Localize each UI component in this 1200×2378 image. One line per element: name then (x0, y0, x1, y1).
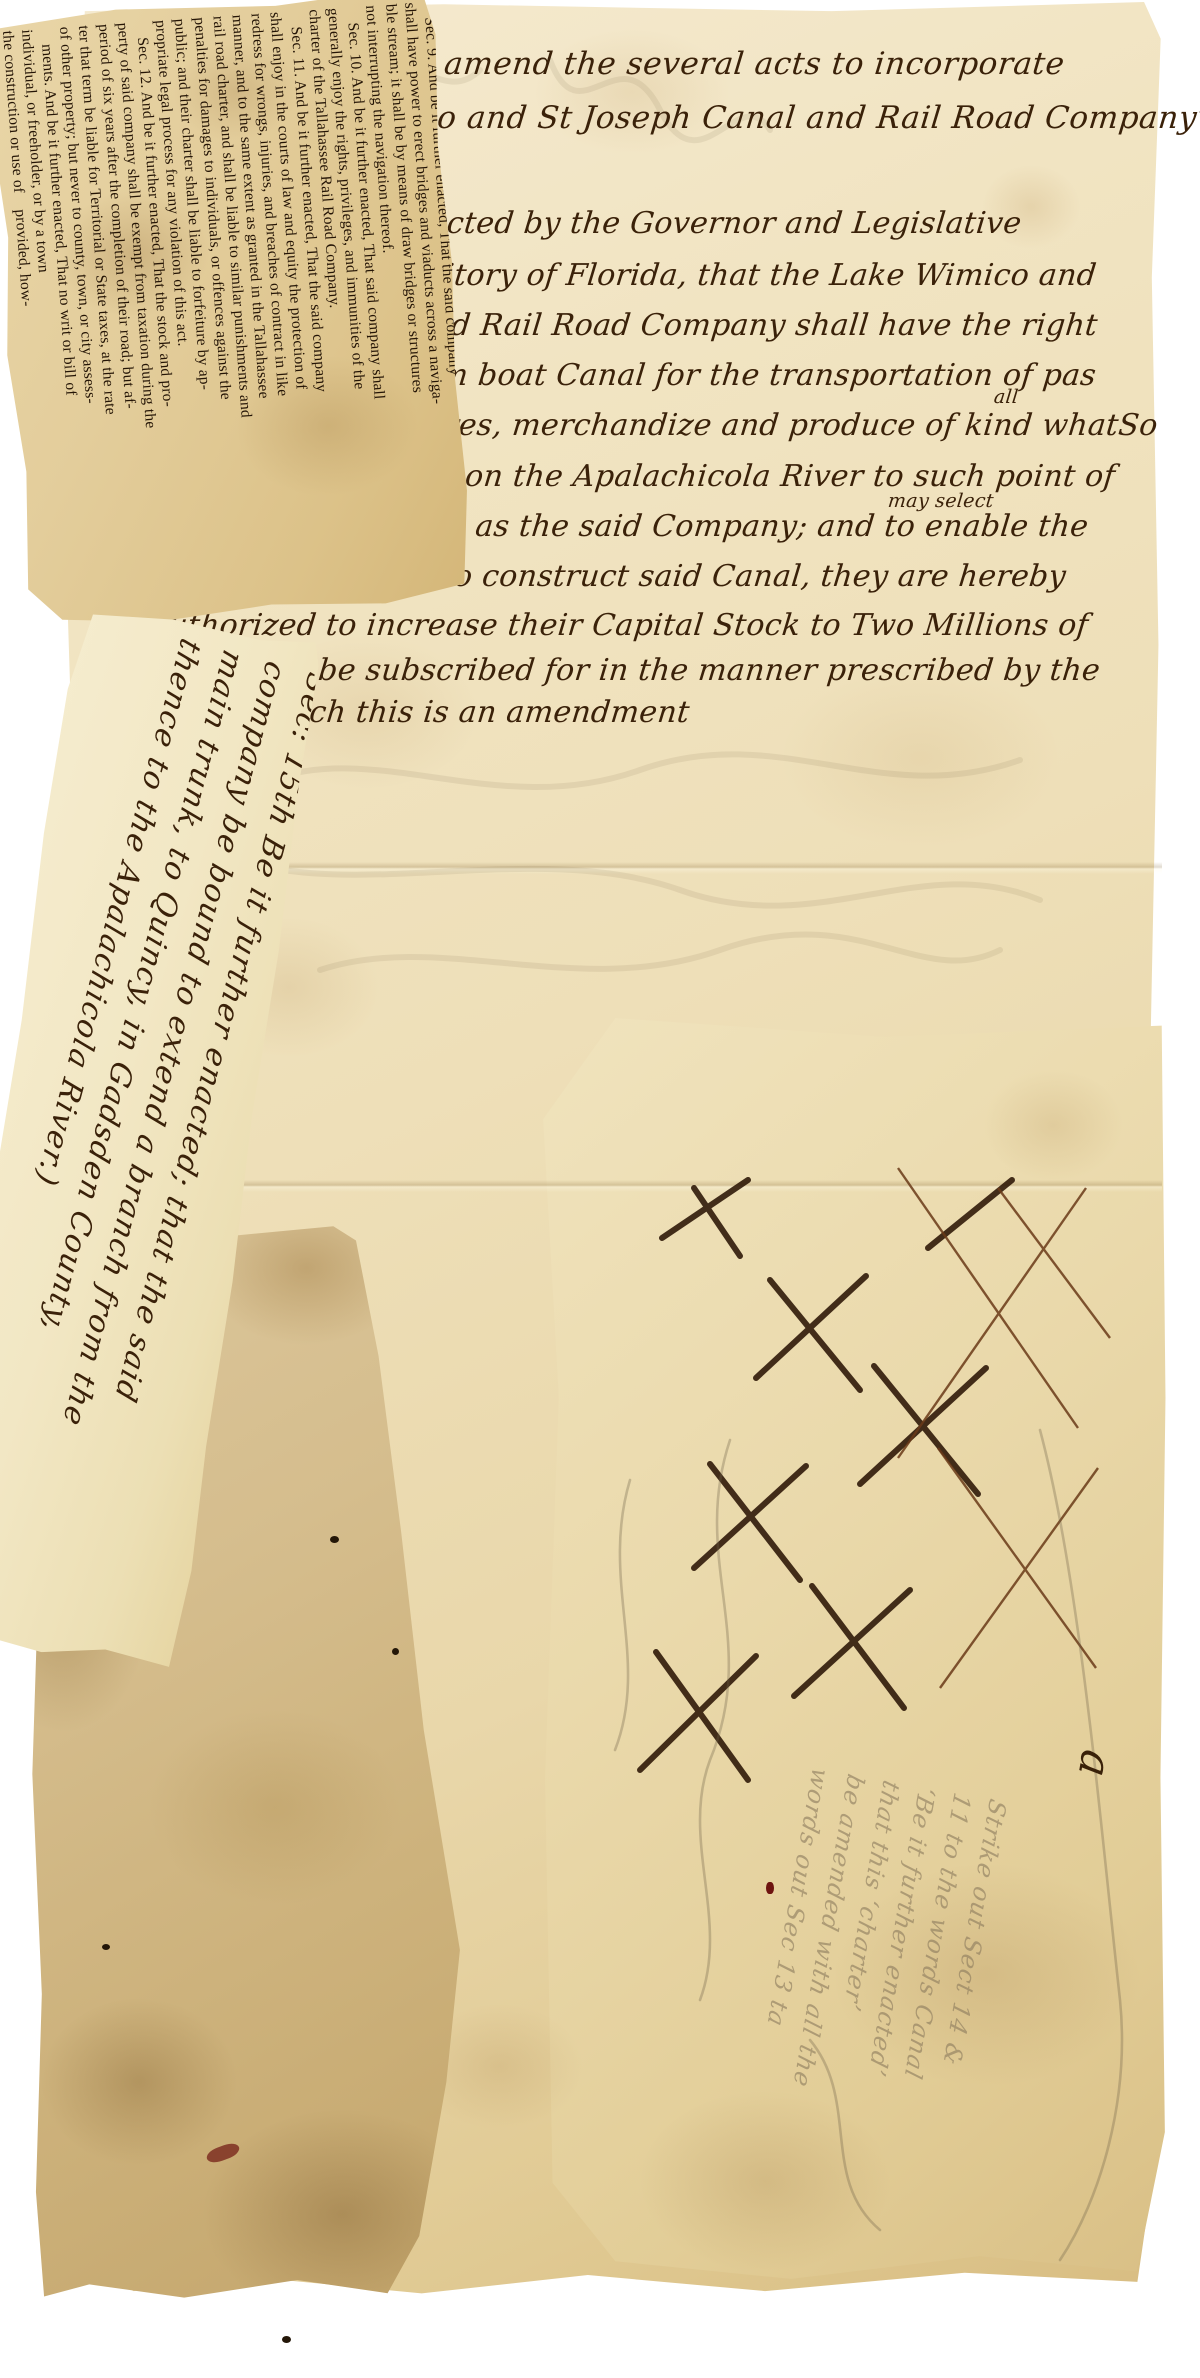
printed-clipping-text: Sec. 9. And be it further enacted, That … (0, 1, 477, 618)
pencil-annotations: Strike out Sect 14 & 11 to the words Can… (642, 1716, 1102, 2276)
ink-blot (330, 1536, 339, 1543)
ink-blot (102, 1944, 110, 1950)
ink-blot (282, 2336, 291, 2343)
scanned-manuscript-page: { "document": { "title_line1": "An act t… (0, 0, 1200, 2378)
interline-insertion-may-select: may select (887, 490, 995, 512)
interline-insertion-all: all (993, 386, 1020, 408)
body-line: authorized to increase their Capital Sto… (148, 608, 1090, 643)
pencil-annotation-text: Strike out Sect 14 & 11 to the words Can… (728, 1766, 1015, 2227)
printed-clipping: Sec. 9. And be it further enacted, That … (0, 0, 477, 633)
ink-blot (392, 1648, 399, 1655)
